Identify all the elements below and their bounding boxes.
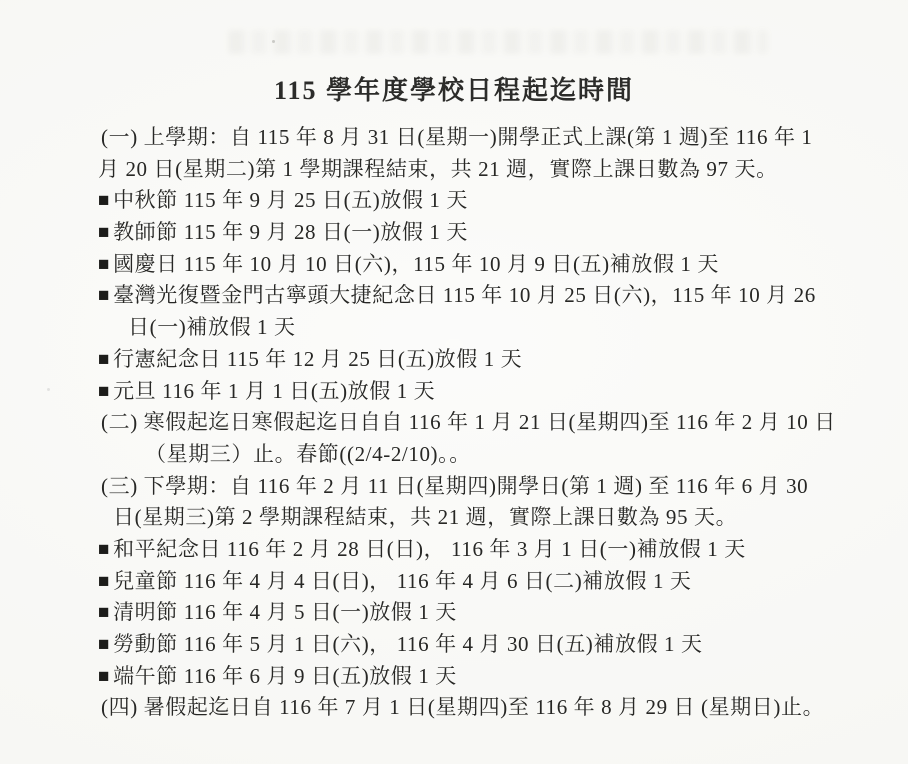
continuation-line: 月 20 日(星期二)第 1 學期課程結束，共 21 週，實際上課日數為 97 … (98, 154, 858, 186)
line-text: 勞動節 116 年 5 月 1 日(六)， 116 年 4 月 30 日(五)補… (113, 632, 703, 656)
scanned-document-page: 115 學年度學校日程起迄時間 (一) 上學期：自 115 年 8 月 31 日… (0, 0, 908, 764)
scan-speck (272, 40, 275, 43)
line-text: 中秋節 115 年 9 月 25 日(五)放假 1 天 (113, 188, 468, 212)
bleed-through-artifact (228, 30, 768, 54)
holiday-line: ■教師節 115 年 9 月 28 日(一)放假 1 天 (98, 217, 858, 249)
holiday-line: ■和平紀念日 116 年 2 月 28 日(日)， 116 年 3 月 1 日(… (98, 534, 858, 566)
holiday-line: ■臺灣光復暨金門古寧頭大捷紀念日 115 年 10 月 25 日(六)，115 … (98, 280, 858, 312)
line-text: (四) 暑假起迄日自 116 年 7 月 1 日(星期四)至 116 年 8 月… (101, 695, 824, 719)
black-square-bullet-icon: ■ (98, 185, 110, 217)
line-text: 教師節 115 年 9 月 28 日(一)放假 1 天 (113, 220, 468, 244)
document-title: 115 學年度學校日程起迄時間 (0, 70, 908, 107)
holiday-line: ■清明節 116 年 4 月 5 日(一)放假 1 天 (98, 597, 858, 629)
section-line: (三) 下學期：自 116 年 2 月 11 日(星期四)開學日(第 1 週) … (98, 471, 858, 503)
black-square-bullet-icon: ■ (98, 534, 110, 566)
holiday-line: ■端午節 116 年 6 月 9 日(五)放假 1 天 (98, 661, 858, 693)
line-text: 端午節 116 年 6 月 9 日(五)放假 1 天 (113, 664, 457, 688)
black-square-bullet-icon: ■ (98, 661, 110, 693)
black-square-bullet-icon: ■ (98, 629, 110, 661)
line-text: 和平紀念日 116 年 2 月 28 日(日)， 116 年 3 月 1 日(一… (113, 537, 746, 561)
black-square-bullet-icon: ■ (98, 566, 110, 598)
black-square-bullet-icon: ■ (98, 217, 110, 249)
line-text: (三) 下學期：自 116 年 2 月 11 日(星期四)開學日(第 1 週) … (101, 474, 808, 498)
scan-speck (47, 388, 50, 391)
section-line: (一) 上學期：自 115 年 8 月 31 日(星期一)開學正式上課(第 1 … (98, 122, 858, 154)
black-square-bullet-icon: ■ (98, 597, 110, 629)
line-text: (一) 上學期：自 115 年 8 月 31 日(星期一)開學正式上課(第 1 … (101, 125, 813, 149)
section-line: (四) 暑假起迄日自 116 年 7 月 1 日(星期四)至 116 年 8 月… (98, 692, 858, 724)
line-text: 國慶日 115 年 10 月 10 日(六)，115 年 10 月 9 日(五)… (113, 252, 719, 276)
document-lines: (一) 上學期：自 115 年 8 月 31 日(星期一)開學正式上課(第 1 … (98, 122, 858, 724)
holiday-line: ■勞動節 116 年 5 月 1 日(六)， 116 年 4 月 30 日(五)… (98, 629, 858, 661)
continuation-line: 日(一)補放假 1 天 (98, 312, 858, 344)
line-text: 月 20 日(星期二)第 1 學期課程結束，共 21 週，實際上課日數為 97 … (98, 157, 778, 181)
line-text: （星期三）止。春節((2/4-2/10)。。 (145, 442, 471, 466)
line-text: 元旦 116 年 1 月 1 日(五)放假 1 天 (113, 379, 435, 403)
continuation-line: （星期三）止。春節((2/4-2/10)。。 (98, 439, 858, 471)
holiday-line: ■元旦 116 年 1 月 1 日(五)放假 1 天 (98, 376, 858, 408)
holiday-line: ■國慶日 115 年 10 月 10 日(六)，115 年 10 月 9 日(五… (98, 249, 858, 281)
line-text: 臺灣光復暨金門古寧頭大捷紀念日 115 年 10 月 25 日(六)，115 年… (113, 283, 816, 307)
line-text: 清明節 116 年 4 月 5 日(一)放假 1 天 (113, 600, 457, 624)
line-text: (二) 寒假起迄日寒假起迄日自自 116 年 1 月 21 日(星期四)至 11… (101, 410, 836, 434)
black-square-bullet-icon: ■ (98, 344, 110, 376)
black-square-bullet-icon: ■ (98, 376, 110, 408)
holiday-line: ■行憲紀念日 115 年 12 月 25 日(五)放假 1 天 (98, 344, 858, 376)
line-text: 日(一)補放假 1 天 (128, 315, 296, 339)
holiday-line: ■中秋節 115 年 9 月 25 日(五)放假 1 天 (98, 185, 858, 217)
line-text: 行憲紀念日 115 年 12 月 25 日(五)放假 1 天 (113, 347, 522, 371)
line-text: 日(星期三)第 2 學期課程結束，共 21 週，實際上課日數為 95 天。 (113, 505, 737, 529)
black-square-bullet-icon: ■ (98, 280, 110, 312)
continuation-line: 日(星期三)第 2 學期課程結束，共 21 週，實際上課日數為 95 天。 (98, 502, 858, 534)
black-square-bullet-icon: ■ (98, 249, 110, 281)
line-text: 兒童節 116 年 4 月 4 日(日)， 116 年 4 月 6 日(二)補放… (113, 569, 691, 593)
holiday-line: ■兒童節 116 年 4 月 4 日(日)， 116 年 4 月 6 日(二)補… (98, 566, 858, 598)
section-line: (二) 寒假起迄日寒假起迄日自自 116 年 1 月 21 日(星期四)至 11… (98, 407, 858, 439)
